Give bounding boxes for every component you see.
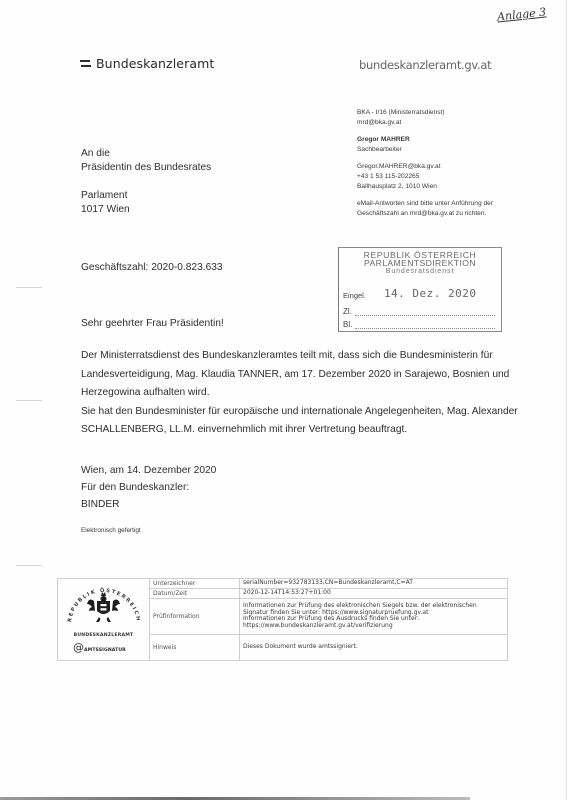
verification-line-4: https://www.bundeskanzleramt.gv.at/verif… bbox=[243, 623, 504, 630]
stamp-line3: Bundesratsdienst bbox=[339, 268, 501, 276]
austrian-eagle-coat-of-arms-icon: REPUBLIK ÖSTERREICH bbox=[58, 579, 149, 639]
stamp-received-label: Eingel. bbox=[343, 291, 366, 300]
electronic-signature-note: Elektronisch gefertigt bbox=[81, 527, 141, 534]
punch-mark bbox=[16, 400, 42, 401]
reply-note-line1: eMail-Antworten sind bitte unter Anführu… bbox=[357, 199, 493, 209]
salutation: Sehr geehrter Frau Präsidentin! bbox=[81, 318, 224, 329]
recipient-line1: An die bbox=[81, 147, 211, 161]
letter-page: Anlage 3 Bundeskanzleramt bundeskanzlera… bbox=[0, 0, 567, 800]
signer-label: Unterzeichner bbox=[150, 579, 240, 589]
stamp-zl-label: Zl. bbox=[343, 307, 352, 316]
fold-mark bbox=[16, 565, 42, 566]
stamp-bl-dotted-line bbox=[355, 322, 495, 329]
recipient-line2: Präsidentin des Bundesrates bbox=[81, 161, 211, 175]
receipt-stamp: REPUBLIK ÖSTERREICH PARLAMENTSDIREKTION … bbox=[338, 247, 502, 332]
sender-phone: +43 1 53 115-202265 bbox=[357, 172, 493, 182]
stamp-bl-label: Bl. bbox=[343, 320, 352, 329]
sender-department: BKA - I/16 (Ministerratsdienst) bbox=[357, 108, 493, 118]
stamp-zl-dotted-line bbox=[355, 309, 495, 316]
sender-role: Sachbearbeiter bbox=[357, 145, 493, 155]
letter-body: Der Ministerratsdienst des Bundeskanzler… bbox=[81, 347, 521, 440]
reference-number: Geschäftszahl: 2020-0.823.633 bbox=[81, 262, 223, 273]
note-value: Dieses Dokument wurde amtssigniert. bbox=[240, 634, 508, 660]
stamp-zl-row: Zl. bbox=[343, 307, 495, 316]
fold-mark bbox=[16, 287, 42, 288]
verification-info-value: Informationen zur Prüfung des elektronis… bbox=[240, 599, 508, 634]
on-behalf-of: Für den Bundeskanzler: bbox=[81, 479, 216, 496]
sender-name: Gregor MAHRER bbox=[357, 136, 410, 143]
body-paragraph-1: Der Ministerratsdienst des Bundeskanzler… bbox=[81, 347, 521, 403]
datetime-label: Datum/Zeit bbox=[150, 589, 240, 599]
recipient-address: An die Präsidentin des Bundesrates Parla… bbox=[81, 147, 211, 217]
closing-block: Wien, am 14. Dezember 2020 Für den Bunde… bbox=[81, 462, 216, 513]
website-url: bundeskanzleramt.gv.at bbox=[359, 58, 491, 72]
official-seal-cell: REPUBLIK ÖSTERREICH bbox=[58, 579, 150, 661]
datetime-value: 2020-12-14T14:53:27+01:00 bbox=[240, 589, 508, 599]
stamp-received-row: Eingel. 14. Dez. 2020 bbox=[343, 287, 495, 300]
official-seal: REPUBLIK ÖSTERREICH bbox=[58, 579, 149, 660]
sender-department-email: mrd@bka.gv.at bbox=[357, 118, 493, 128]
austrian-flag-stripes-icon bbox=[80, 60, 90, 68]
verification-info-label: Prüfinformation bbox=[150, 599, 240, 634]
recipient-line4: 1017 Wien bbox=[81, 203, 211, 217]
stamp-line2: PARLAMENTSDIREKTION bbox=[339, 259, 501, 268]
stamp-received-date: 14. Dez. 2020 bbox=[384, 287, 477, 300]
signatory-name: BINDER bbox=[81, 496, 216, 513]
signer-value: serialNumber=932783133,CN=Bundeskanzlera… bbox=[240, 579, 508, 589]
annotation-prefix: Anlage bbox=[496, 6, 539, 23]
seal-org-name: BUNDESKANZLERAMT bbox=[58, 633, 149, 638]
table-row: REPUBLIK ÖSTERREICH bbox=[58, 579, 508, 589]
recipient-line3: Parlament bbox=[81, 189, 211, 203]
at-sign-icon: @ bbox=[73, 641, 84, 654]
amtssignatur-badge: AMTSSIGNATUR bbox=[84, 648, 126, 653]
sender-address: Ballhausplatz 2, 1010 Wien bbox=[357, 182, 493, 192]
organization-name: Bundeskanzleramt bbox=[96, 56, 214, 71]
annotation-number: 3 bbox=[538, 5, 546, 19]
note-label: Hinweis bbox=[150, 634, 240, 660]
stamp-bl-row: Bl. bbox=[343, 320, 495, 329]
reply-note-line2: Geschäftszahl an mrd@bka.gv.at zu richte… bbox=[357, 209, 493, 219]
sender-email: Gregor.MAHRER@bka.gv.at bbox=[357, 162, 493, 172]
body-paragraph-2: Sie hat den Bundesminister für europäisc… bbox=[81, 403, 521, 440]
handwritten-annotation: Anlage 3 bbox=[496, 5, 546, 23]
signature-block-table: REPUBLIK ÖSTERREICH bbox=[57, 578, 508, 661]
sender-info: BKA - I/16 (Ministerratsdienst) mrd@bka.… bbox=[357, 108, 493, 218]
letterhead-logo: Bundeskanzleramt bbox=[80, 56, 214, 71]
place-date: Wien, am 14. Dezember 2020 bbox=[81, 462, 216, 479]
